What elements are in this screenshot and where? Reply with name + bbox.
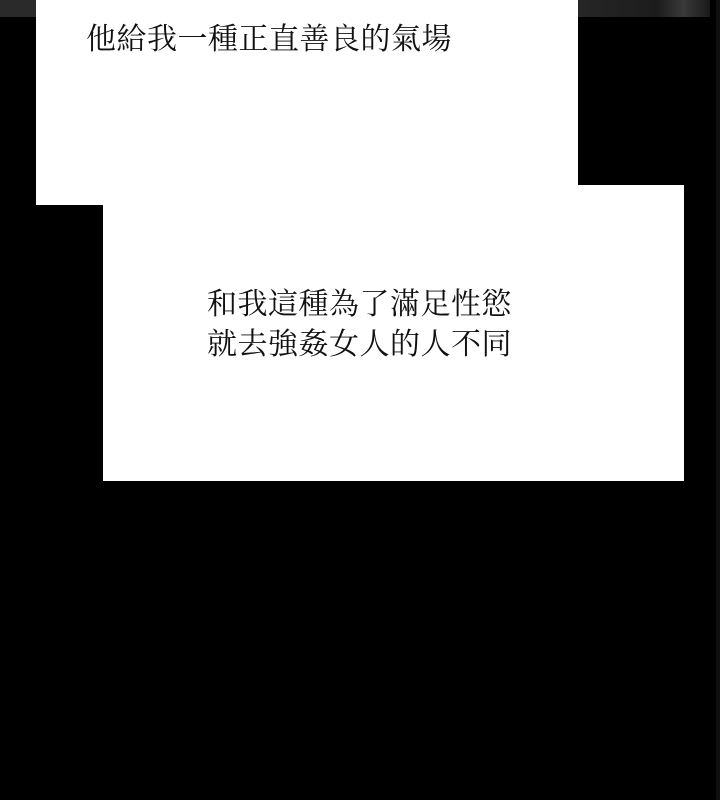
caption-text-2: 和我這種為了滿足性慾 就去強姦女人的人不同 xyxy=(207,285,512,365)
caption-box-1: 他給我一種正直善良的氣場 xyxy=(36,0,578,205)
caption-box-2: 和我這種為了滿足性慾 就去強姦女人的人不同 xyxy=(103,185,684,481)
caption-text-1: 他給我一種正直善良的氣場 xyxy=(86,20,452,60)
background-art-strip-left xyxy=(0,0,36,17)
panel-edge xyxy=(716,0,720,800)
background-art-strip-right xyxy=(578,0,710,17)
caption-line: 和我這種為了滿足性慾 xyxy=(207,285,512,325)
caption-line: 就去強姦女人的人不同 xyxy=(207,325,512,365)
